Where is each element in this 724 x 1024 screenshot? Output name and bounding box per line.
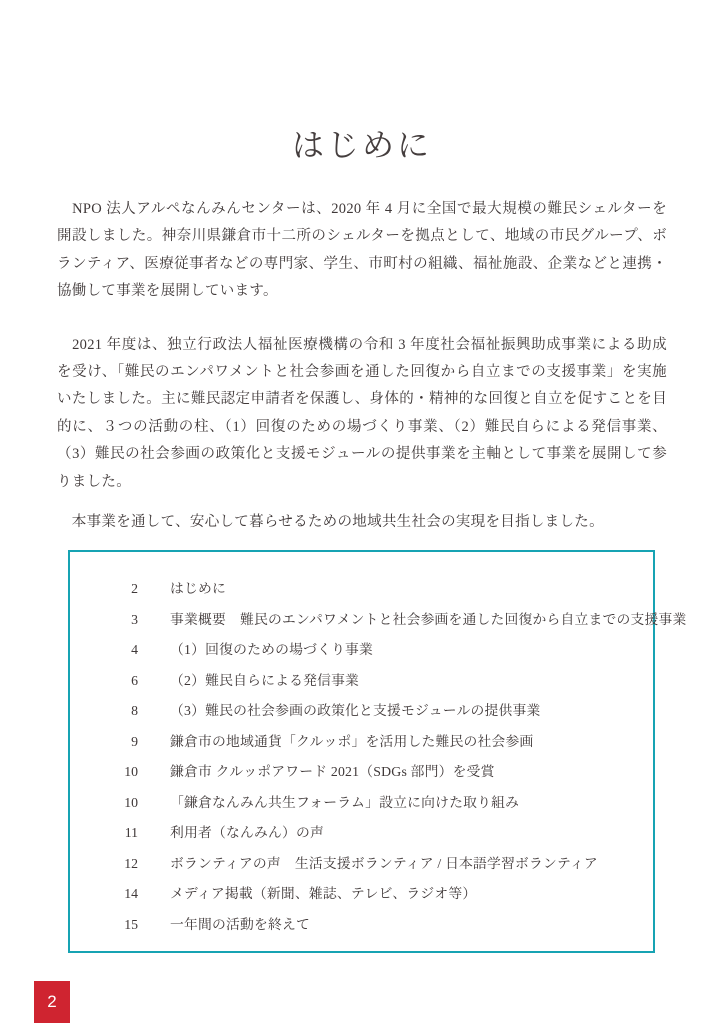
- toc-page-number: 8: [70, 703, 138, 719]
- table-of-contents: 2 はじめに 3 事業概要 難民のエンパワメントと社会参画を通した回復から自立ま…: [68, 550, 655, 953]
- page-title: はじめに: [0, 120, 724, 166]
- toc-page-number: 12: [70, 856, 138, 872]
- toc-page-number: 2: [70, 581, 138, 597]
- toc-item-label: 事業概要 難民のエンパワメントと社会参画を通した回復から自立までの支援事業: [170, 608, 687, 628]
- toc-row: 6 （2）難民自らによる発信事業: [70, 669, 653, 700]
- toc-page-number: 11: [70, 825, 138, 841]
- toc-item-label: 鎌倉市 クルッポアワード 2021（SDGs 部門）を受賞: [170, 760, 495, 780]
- toc-row: 11 利用者（なんみん）の声: [70, 821, 653, 852]
- toc-item-label: メディア掲載（新聞、雑誌、テレビ、ラジオ等）: [170, 882, 476, 902]
- body-text: NPO 法人アルペなんみんセンターは、2020 年 4 月に全国で最大規模の難民…: [57, 196, 667, 536]
- toc-page-number: 15: [70, 917, 138, 933]
- toc-item-label: はじめに: [170, 577, 226, 597]
- toc-page-number: 9: [70, 734, 138, 750]
- toc-row: 3 事業概要 難民のエンパワメントと社会参画を通した回復から自立までの支援事業: [70, 608, 653, 639]
- toc-item-label: （3）難民の社会参画の政策化と支援モジュールの提供事業: [170, 699, 540, 719]
- toc-row: 4 （1）回復のための場づくり事業: [70, 638, 653, 669]
- toc-page-number: 4: [70, 642, 138, 658]
- toc-item-label: （1）回復のための場づくり事業: [170, 638, 373, 658]
- toc-item-label: 一年間の活動を終えて: [170, 913, 310, 933]
- toc-page-number: 6: [70, 673, 138, 689]
- toc-page-number: 10: [70, 764, 138, 780]
- toc-row: 14 メディア掲載（新聞、雑誌、テレビ、ラジオ等）: [70, 882, 653, 913]
- toc-row: 2 はじめに: [70, 577, 653, 608]
- toc-page-number: 3: [70, 612, 138, 628]
- toc-item-label: 利用者（なんみん）の声: [170, 821, 324, 841]
- paragraph-goal: 本事業を通して、安心して暮らせるための地域共生社会の実現を目指しました。: [57, 509, 667, 536]
- document-page: はじめに NPO 法人アルペなんみんセンターは、2020 年 4 月に全国で最大…: [0, 0, 724, 1024]
- toc-row: 8 （3）難民の社会参画の政策化と支援モジュールの提供事業: [70, 699, 653, 730]
- toc-row: 10 鎌倉市 クルッポアワード 2021（SDGs 部門）を受賞: [70, 760, 653, 791]
- paragraph-intro: NPO 法人アルペなんみんセンターは、2020 年 4 月に全国で最大規模の難民…: [57, 196, 667, 306]
- toc-item-label: 鎌倉市の地域通貨「クルッポ」を活用した難民の社会参画: [170, 730, 534, 750]
- toc-item-label: （2）難民自らによる発信事業: [170, 669, 359, 689]
- toc-row: 15 一年間の活動を終えて: [70, 913, 653, 944]
- toc-row: 12 ボランティアの声 生活支援ボランティア / 日本語学習ボランティア: [70, 852, 653, 883]
- toc-row: 10 「鎌倉なんみん共生フォーラム」設立に向けた取り組み: [70, 791, 653, 822]
- toc-item-label: ボランティアの声 生活支援ボランティア / 日本語学習ボランティア: [170, 852, 598, 872]
- paragraph-project: 2021 年度は、独立行政法人福祉医療機構の令和 3 年度社会福祉振興助成事業に…: [57, 332, 667, 496]
- toc-page-number: 10: [70, 795, 138, 811]
- toc-page-number: 14: [70, 886, 138, 902]
- page-number-badge: 2: [34, 981, 70, 1023]
- toc-row: 9 鎌倉市の地域通貨「クルッポ」を活用した難民の社会参画: [70, 730, 653, 761]
- toc-item-label: 「鎌倉なんみん共生フォーラム」設立に向けた取り組み: [170, 791, 519, 811]
